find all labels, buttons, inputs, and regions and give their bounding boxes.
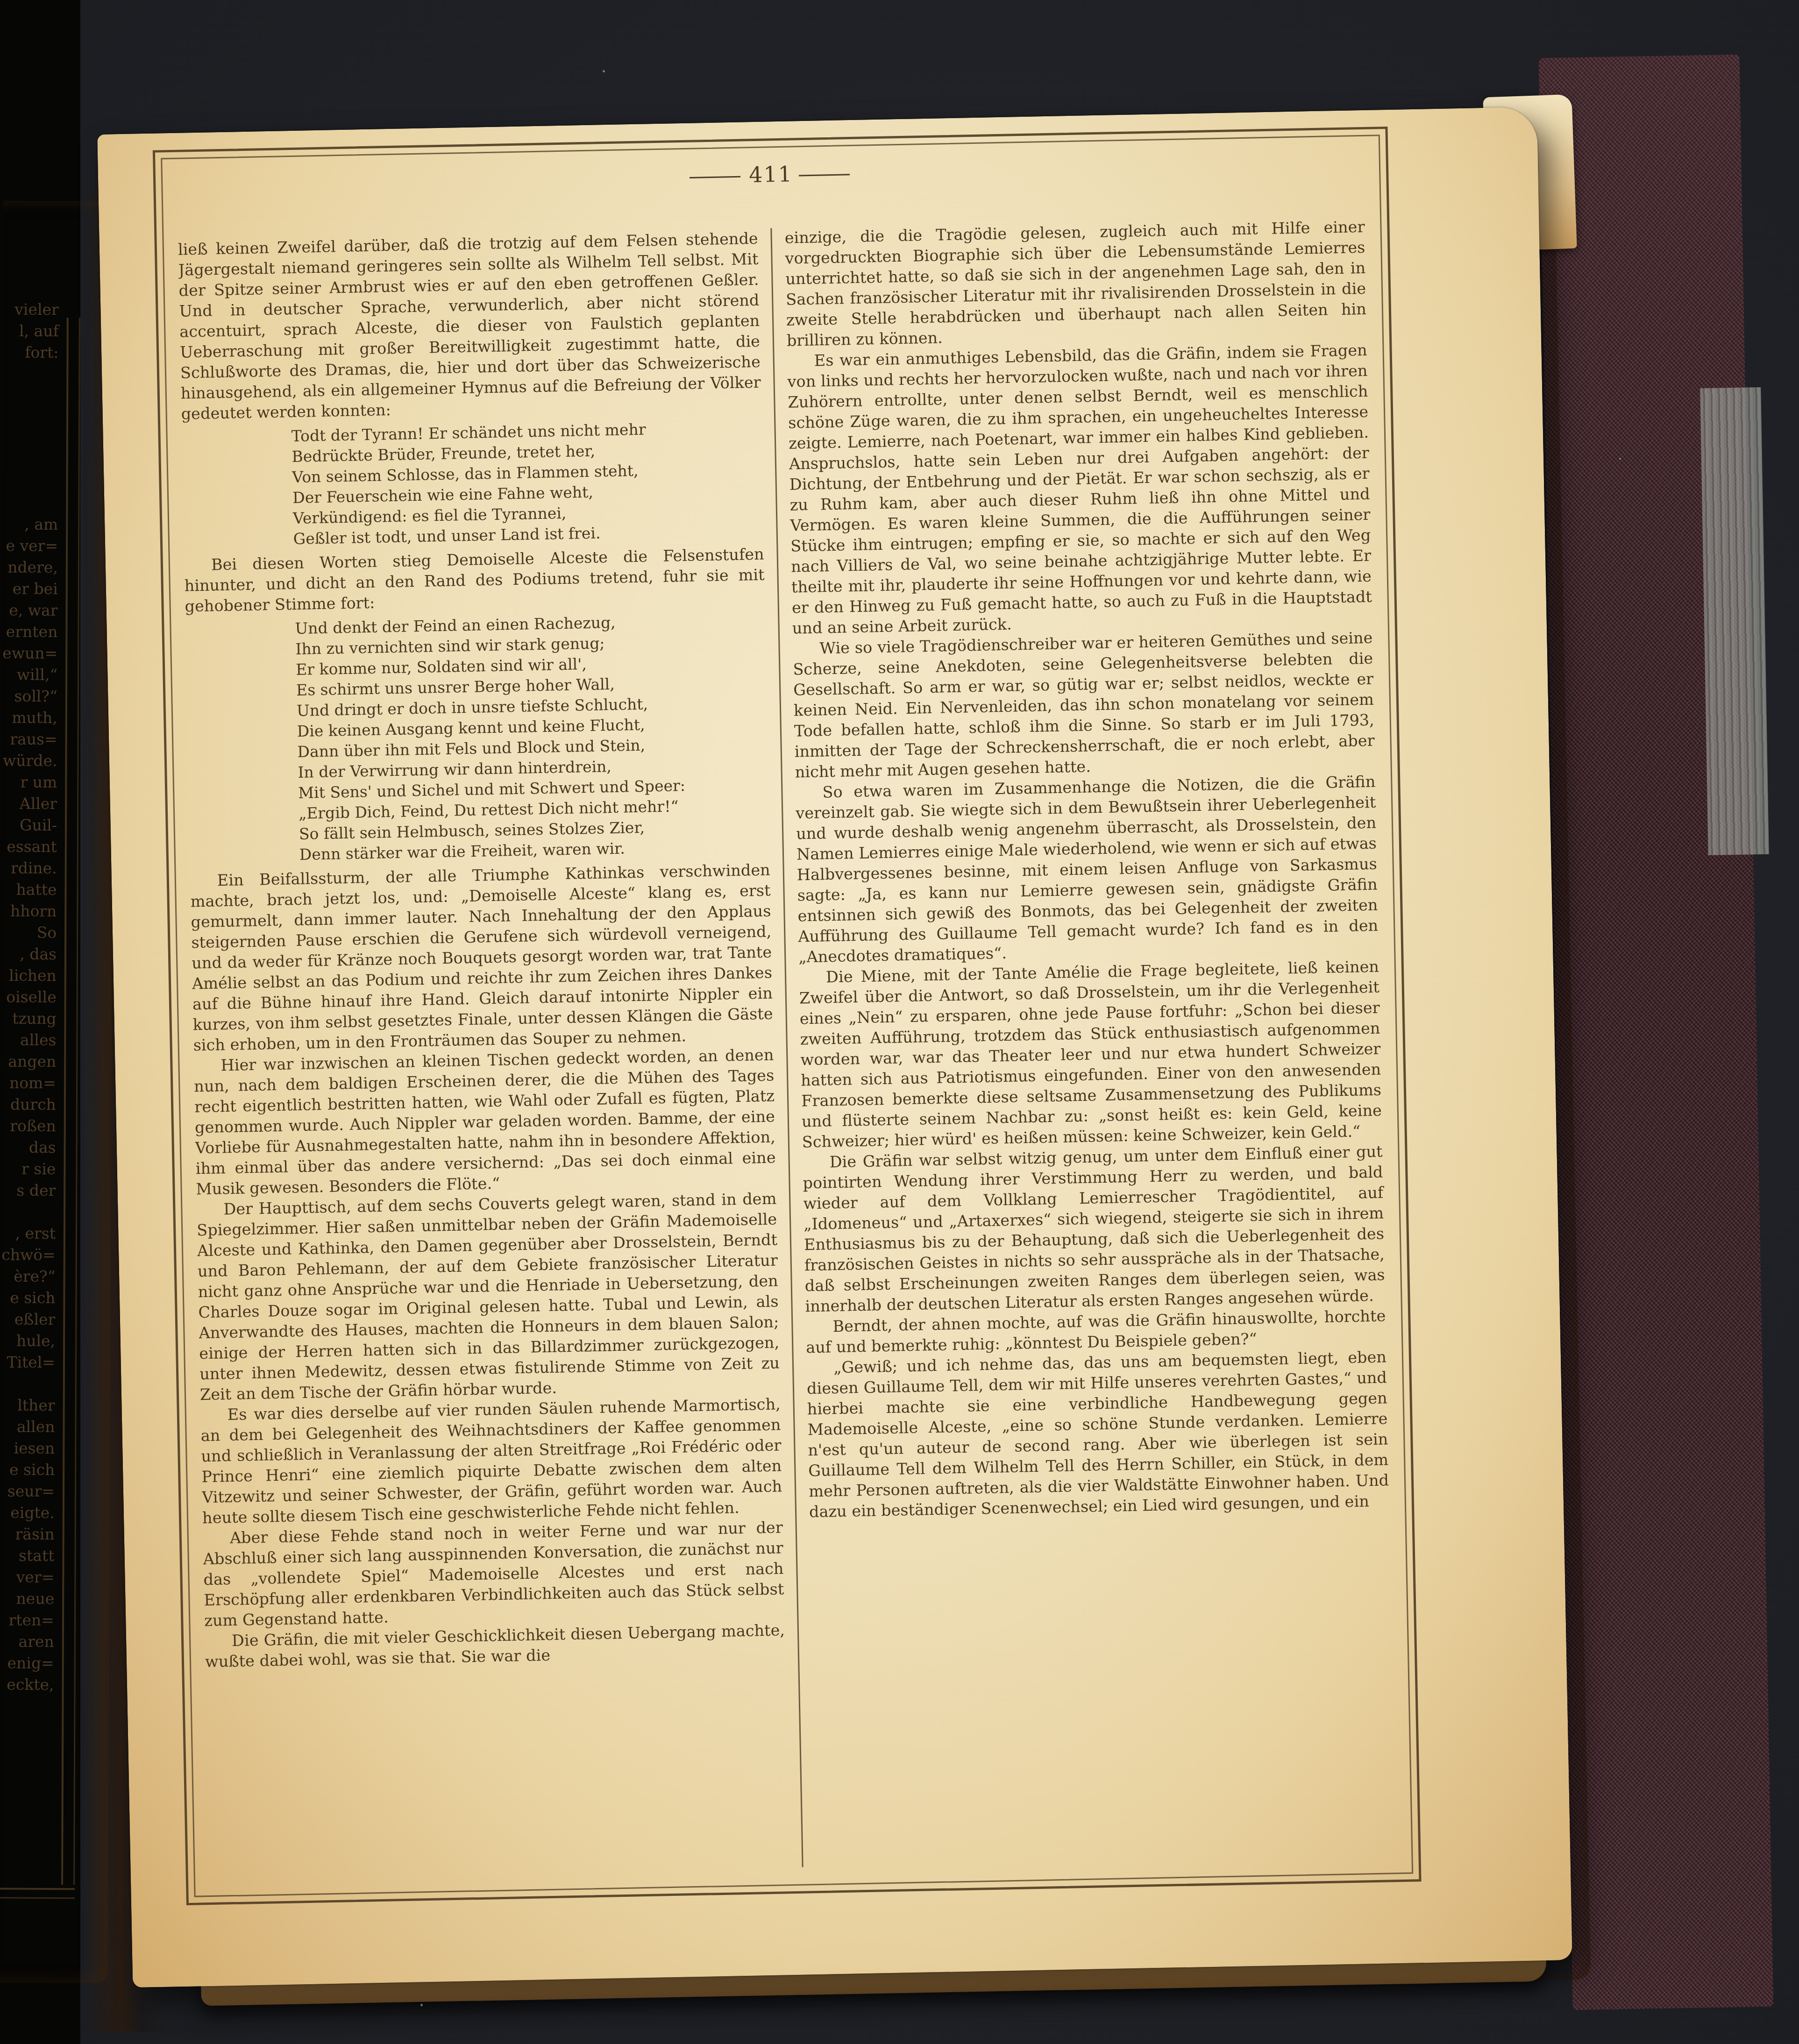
fragment-line: durch bbox=[0, 1094, 56, 1115]
paragraph: Es war ein anmuthiges Lebensbild, das di… bbox=[787, 340, 1372, 639]
fragment-line: chwö= bbox=[0, 1244, 56, 1266]
fragment-line: vieler bbox=[3, 299, 59, 320]
left-column: ließ keinen Zweifel darüber, daß die tro… bbox=[178, 228, 789, 1879]
dust-speck bbox=[420, 2004, 423, 2006]
header-dash-left: — bbox=[687, 162, 746, 188]
fragment-line: ndere, bbox=[2, 557, 58, 578]
fragment-line: das bbox=[0, 1137, 56, 1158]
fragment-line: seur= bbox=[0, 1481, 55, 1502]
dust-speck bbox=[715, 1952, 717, 1954]
facing-page-fragments: vielerl, auffort:, ame ver=ndere,er beie… bbox=[0, 299, 59, 1696]
dust-speck bbox=[603, 70, 605, 72]
fragment-line: e ver= bbox=[2, 535, 58, 557]
page-number: 411 bbox=[749, 161, 793, 187]
paragraph: „Gewiß; und ich nehme das, das uns am be… bbox=[806, 1347, 1390, 1522]
paragraph: Bei diesen Worten stieg Demoiselle Alces… bbox=[184, 544, 765, 617]
fragment-line: rdine. bbox=[1, 858, 57, 879]
paragraph: Wie so viele Tragödienschreiber war er h… bbox=[792, 628, 1375, 783]
fragment-gap bbox=[2, 492, 58, 514]
book-board-edge bbox=[1700, 387, 1769, 855]
paragraph: Aber diese Fehde stand noch in weiter Fe… bbox=[203, 1517, 785, 1631]
fragment-line: allen bbox=[0, 1416, 55, 1438]
fragment-line: ernten bbox=[1, 621, 57, 643]
fragment-line: Guil- bbox=[1, 815, 57, 836]
fragment-line: lichen bbox=[0, 965, 57, 987]
facing-page-frame-rule-vertical bbox=[61, 318, 80, 1885]
fragment-line: nom= bbox=[0, 1072, 56, 1094]
fragment-line: Titel= bbox=[0, 1352, 55, 1373]
fragment-gap bbox=[2, 449, 58, 471]
fragment-line: alles bbox=[0, 1029, 56, 1051]
fragment-line: eckte, bbox=[0, 1674, 54, 1696]
fragment-gap bbox=[0, 1201, 56, 1223]
paragraph: Die Gräfin war selbst witzig genug, um u… bbox=[802, 1142, 1386, 1317]
fragment-gap bbox=[2, 363, 58, 385]
fragment-line: s der bbox=[0, 1180, 56, 1201]
right-column: einzige, die die Tragödie gelesen, zugle… bbox=[784, 217, 1396, 1867]
fragment-gap bbox=[0, 1373, 55, 1395]
fragment-line: er bei bbox=[2, 578, 58, 600]
fragment-line: oiselle bbox=[0, 987, 57, 1008]
paragraph: einzige, die die Tragödie gelesen, zugle… bbox=[784, 217, 1367, 351]
fragment-line: ver= bbox=[0, 1567, 54, 1588]
fragment-line: e sich bbox=[0, 1287, 56, 1309]
fragment-line: l, auf bbox=[3, 320, 59, 342]
fragment-gap bbox=[2, 471, 58, 492]
fragment-line: hule, bbox=[0, 1330, 55, 1352]
fragment-line: lther bbox=[0, 1395, 55, 1416]
fragment-line: e sich bbox=[0, 1459, 55, 1481]
fragment-line: angen bbox=[0, 1051, 56, 1072]
paragraph: ließ keinen Zweifel darüber, daß die tro… bbox=[178, 228, 761, 425]
fragment-line: würde. bbox=[1, 750, 57, 772]
dust-speck bbox=[1500, 1191, 1501, 1193]
fragment-line: hhorn bbox=[0, 901, 57, 922]
paragraph: Es war dies derselbe auf vier runden Säu… bbox=[200, 1394, 782, 1528]
fragment-line: e, war bbox=[2, 600, 58, 621]
fragment-line: räsin bbox=[0, 1524, 55, 1545]
fragment-line: aren bbox=[0, 1631, 54, 1653]
header-dash-right: — bbox=[796, 160, 855, 186]
fragment-line: statt bbox=[0, 1545, 55, 1567]
fragment-line: Aller bbox=[1, 793, 57, 815]
fragment-gap bbox=[2, 428, 58, 449]
fragment-line: enig= bbox=[0, 1653, 54, 1674]
fragment-line: neue bbox=[0, 1588, 54, 1610]
verse-block: Todt der Tyrann! Er schändet uns nicht m… bbox=[291, 417, 764, 549]
fragment-line: , am bbox=[2, 514, 58, 535]
fragment-line: soll?“ bbox=[1, 686, 57, 707]
text-columns: ließ keinen Zweifel darüber, daß die tro… bbox=[178, 217, 1398, 1879]
fragment-line: fort: bbox=[2, 342, 58, 363]
fragment-line: iesen bbox=[0, 1438, 55, 1459]
fragment-line: hatte bbox=[0, 879, 57, 901]
fragment-line: eßler bbox=[0, 1309, 55, 1330]
paragraph: Die Miene, mit der Tante Amélie die Frag… bbox=[799, 957, 1382, 1153]
paragraph: Der Haupttisch, auf dem sechs Couverts g… bbox=[196, 1188, 780, 1405]
fragment-line: muth, bbox=[1, 707, 57, 729]
verse-block: Und denkt der Feind an einen Rachezug,Ih… bbox=[295, 610, 770, 865]
facing-page-frame-rule-bottom bbox=[0, 1888, 75, 1899]
fragment-gap bbox=[2, 406, 58, 428]
fragment-gap bbox=[2, 385, 58, 406]
fragment-line: r um bbox=[1, 772, 57, 793]
fragment-line: ère?“ bbox=[0, 1266, 56, 1287]
fragment-line: roßen bbox=[0, 1115, 56, 1137]
fragment-line: , erst bbox=[0, 1223, 56, 1244]
fragment-line: ewun= bbox=[1, 643, 57, 664]
paragraph: Ein Beifallssturm, der alle Triumphe Kat… bbox=[190, 860, 773, 1056]
dust-speck bbox=[1619, 458, 1621, 460]
fragment-line: r sie bbox=[0, 1158, 56, 1180]
fragment-line: , das bbox=[0, 944, 57, 965]
paragraph: Hier war inzwischen an kleinen Tischen g… bbox=[193, 1045, 776, 1200]
fragment-line: essant bbox=[1, 836, 57, 858]
fragment-line: So bbox=[0, 922, 57, 944]
fragment-line: raus= bbox=[1, 729, 57, 750]
paragraph: So etwa waren im Zusammenhange die Notiz… bbox=[795, 772, 1379, 968]
fragment-line: tzung bbox=[0, 1008, 56, 1029]
book-page: —411— ließ keinen Zweifel darüber, daß d… bbox=[97, 107, 1572, 1987]
fragment-line: eigte. bbox=[0, 1502, 55, 1524]
fragment-line: rten= bbox=[0, 1610, 54, 1631]
photo-background: vielerl, auffort:, ame ver=ndere,er beie… bbox=[0, 0, 1799, 2044]
fragment-line: will,“ bbox=[1, 664, 57, 686]
